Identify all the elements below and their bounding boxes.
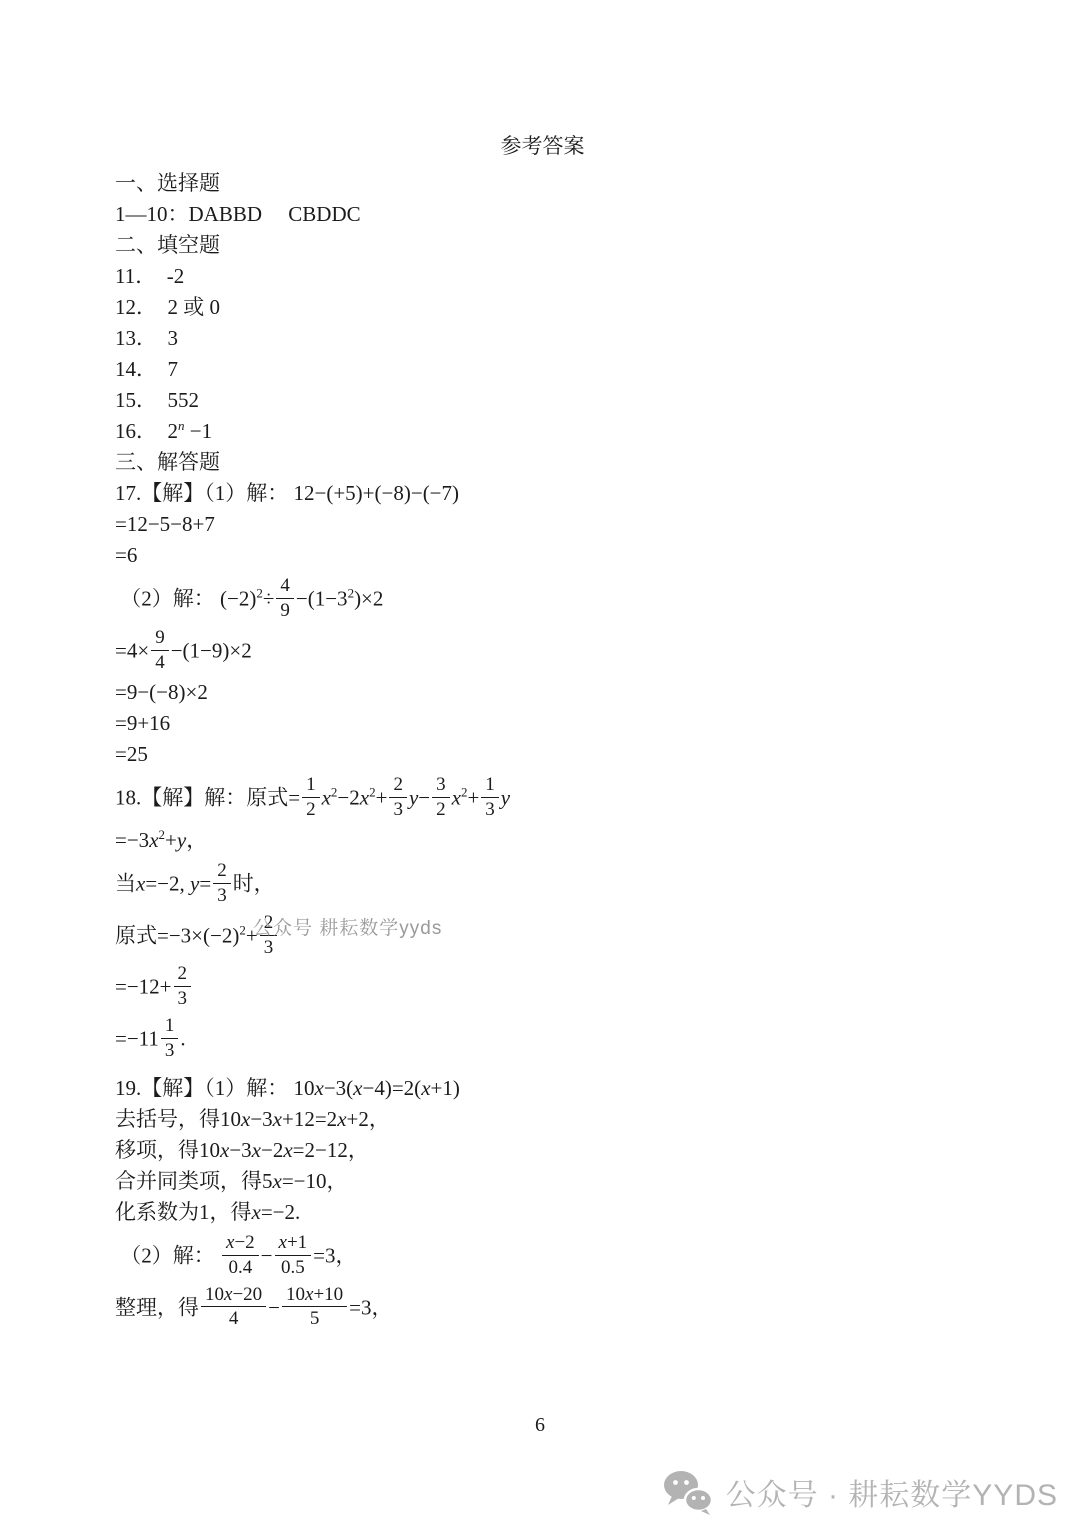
doc-title: 参考答案 xyxy=(115,132,970,161)
q17-line-5: =4×94−(1−9)×2 xyxy=(115,627,970,674)
wechat-icon xyxy=(662,1469,714,1515)
item-14: 14． 7 xyxy=(115,355,970,384)
fraction: x+10.5 xyxy=(275,1232,312,1279)
fraction: 13 xyxy=(481,774,499,821)
q18-line-1: 18.【解】解：原式=12x2−2x2+23y−32x2+13y xyxy=(115,774,970,821)
section-solution-header: 三、解答题 xyxy=(115,448,970,477)
section-choice-header: 一、选择题 xyxy=(115,169,970,198)
q18-line-2: =−3x2+y， xyxy=(115,826,970,855)
q18-line-4: 原式=−3×(−2)2+23 xyxy=(115,912,970,959)
item-12: 12． 2 或 0 xyxy=(115,293,970,322)
item-16: 16． 2n −1 xyxy=(115,417,970,446)
q17-line-2: =12−5−8+7 xyxy=(115,510,970,539)
footer-watermark-text: 公众号 · 耕耘数学YYDS xyxy=(726,1470,1058,1514)
fraction: 13 xyxy=(161,1015,179,1062)
q19-line-7: 整理，得10x−204−10x+105=3， xyxy=(115,1284,970,1331)
fraction: 23 xyxy=(213,860,231,907)
q18-line-6: =−1113. xyxy=(115,1015,970,1062)
q17-line-8: =25 xyxy=(115,740,970,769)
q19-line-6: （2）解： x−20.4−x+10.5=3， xyxy=(115,1232,970,1279)
fraction: 10x−204 xyxy=(201,1284,266,1331)
q18-line-5: =−12+23 xyxy=(115,963,970,1010)
fraction: 49 xyxy=(276,575,294,622)
q17-line-7: =9+16 xyxy=(115,709,970,738)
q19-line-2: 去括号，得10x−3x+12=2x+2， xyxy=(115,1105,970,1134)
fraction: 32 xyxy=(432,774,450,821)
q19-line-5: 化系数为1，得x=−2. xyxy=(115,1198,970,1227)
q17-line-4: （2）解： (−2)2÷49−(1−32)×2 xyxy=(115,575,970,622)
q17-line-1: 17.【解】（1）解： 12−(+5)+(−8)−(−7) xyxy=(115,479,970,508)
q19-line-1: 19.【解】（1）解： 10x−3(x−4)=2(x+1) xyxy=(115,1074,970,1103)
fraction: 23 xyxy=(389,774,407,821)
fraction: 12 xyxy=(302,774,320,821)
page-number: 6 xyxy=(0,1414,1080,1437)
fraction: 10x+105 xyxy=(282,1284,347,1331)
document-lines: 参考答案一、选择题1—10：DABBD CBDDC二、填空题11． -212． … xyxy=(115,130,970,1335)
q19-line-4: 合并同类项，得5x=−10， xyxy=(115,1167,970,1196)
item-13: 13． 3 xyxy=(115,324,970,353)
q17-line-6: =9−(−8)×2 xyxy=(115,678,970,707)
choice-answers: 1—10：DABBD CBDDC xyxy=(115,200,970,229)
answer-sheet-page: 参考答案一、选择题1—10：DABBD CBDDC二、填空题11． -212． … xyxy=(0,0,1080,1527)
item-11: 11． -2 xyxy=(115,262,970,291)
section-fill-header: 二、填空题 xyxy=(115,231,970,260)
fraction: x−20.4 xyxy=(222,1232,259,1279)
q17-line-3: =6 xyxy=(115,541,970,570)
inline-watermark: 公众号 耕耘数学yyds xyxy=(253,913,442,940)
fraction: 94 xyxy=(151,627,169,674)
footer-watermark: 公众号 · 耕耘数学YYDS xyxy=(662,1469,1058,1515)
fraction: 23 xyxy=(174,963,192,1010)
q19-line-3: 移项，得10x−3x−2x=2−12， xyxy=(115,1136,970,1165)
item-15: 15． 552 xyxy=(115,386,970,415)
q18-line-3: 当x=−2, y=23时， xyxy=(115,860,970,907)
